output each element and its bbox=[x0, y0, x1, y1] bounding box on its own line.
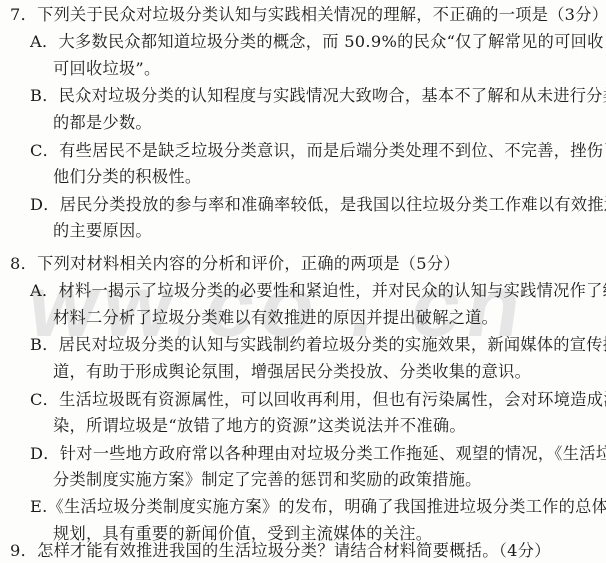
q7-option-d: D．居民分类投放的参与率和准确率较低，是我国以往垃圾分类工作难以有效推进 bbox=[30, 195, 606, 215]
q8-option-d: D．针对一些地方政府常以各种理由对垃圾分类工作拖延、观望的情况，《生活垃圾 bbox=[30, 444, 606, 464]
q8-option-d-cont: 分类制度实施方案》制定了完善的惩罚和奖励的政策措施。 bbox=[53, 470, 482, 490]
q7-option-b-cont: 的都是少数。 bbox=[53, 113, 152, 133]
q7-option-c: C．有些居民不是缺乏垃圾分类意识，而是后端分类处理不到位、不完善，挫伤了 bbox=[30, 141, 606, 161]
q8-option-a-cont: 材料二分析了垃圾分类难以有效推进的原因并提出破解之道。 bbox=[53, 308, 498, 328]
q8-option-b: B．居民对垃圾分类的认知与实践制约着垃圾分类的实施效果，新闻媒体的宣传报 bbox=[30, 335, 606, 355]
q7-option-a: A．大多数民众都知道垃圾分类的概念，而 50.9%的民众“仅了解常见的可回收 /… bbox=[30, 32, 606, 52]
question-8-stem: 8．下列对材料相关内容的分析和评价，正确的两项是（5分） bbox=[10, 254, 460, 274]
q8-option-b-cont: 道，有助于形成舆论氛围，增强居民分类投放、分类收集的意识。 bbox=[53, 362, 531, 382]
question-9-stem: 9．怎样才能有效推进我国的生活垃圾分类？请结合材料简要概括。（4分） bbox=[10, 541, 551, 561]
q7-option-c-cont: 他们分类的积极性。 bbox=[53, 167, 201, 187]
q7-option-d-cont: 的主要原因。 bbox=[53, 221, 152, 241]
q8-option-e: E.《生活垃圾分类制度实施方案》的发布，明确了我国推进垃圾分类工作的总体 bbox=[30, 497, 606, 517]
question-7-stem: 7．下列关于民众对垃圾分类认知与实践相关情况的理解，不正确的一项是（3分） bbox=[10, 5, 606, 25]
q8-option-c-cont: 染，所谓垃圾是“放错了地方的资源”这类说法并不准确。 bbox=[53, 416, 466, 436]
q7-option-b: B．民众对垃圾分类的认知程度与实践情况大致吻合，基本不了解和从未进行分类 bbox=[30, 86, 606, 106]
q7-option-a-cont: 可回收垃圾”。 bbox=[53, 59, 161, 79]
q8-option-c: C．生活垃圾既有资源属性，可以回收再利用，但也有污染属性，会对环境造成污 bbox=[30, 390, 606, 410]
q8-option-a: A．材料一揭示了垃圾分类的必要性和紧迫性，并对民众的认知与实践情况作了统计； bbox=[30, 281, 606, 301]
